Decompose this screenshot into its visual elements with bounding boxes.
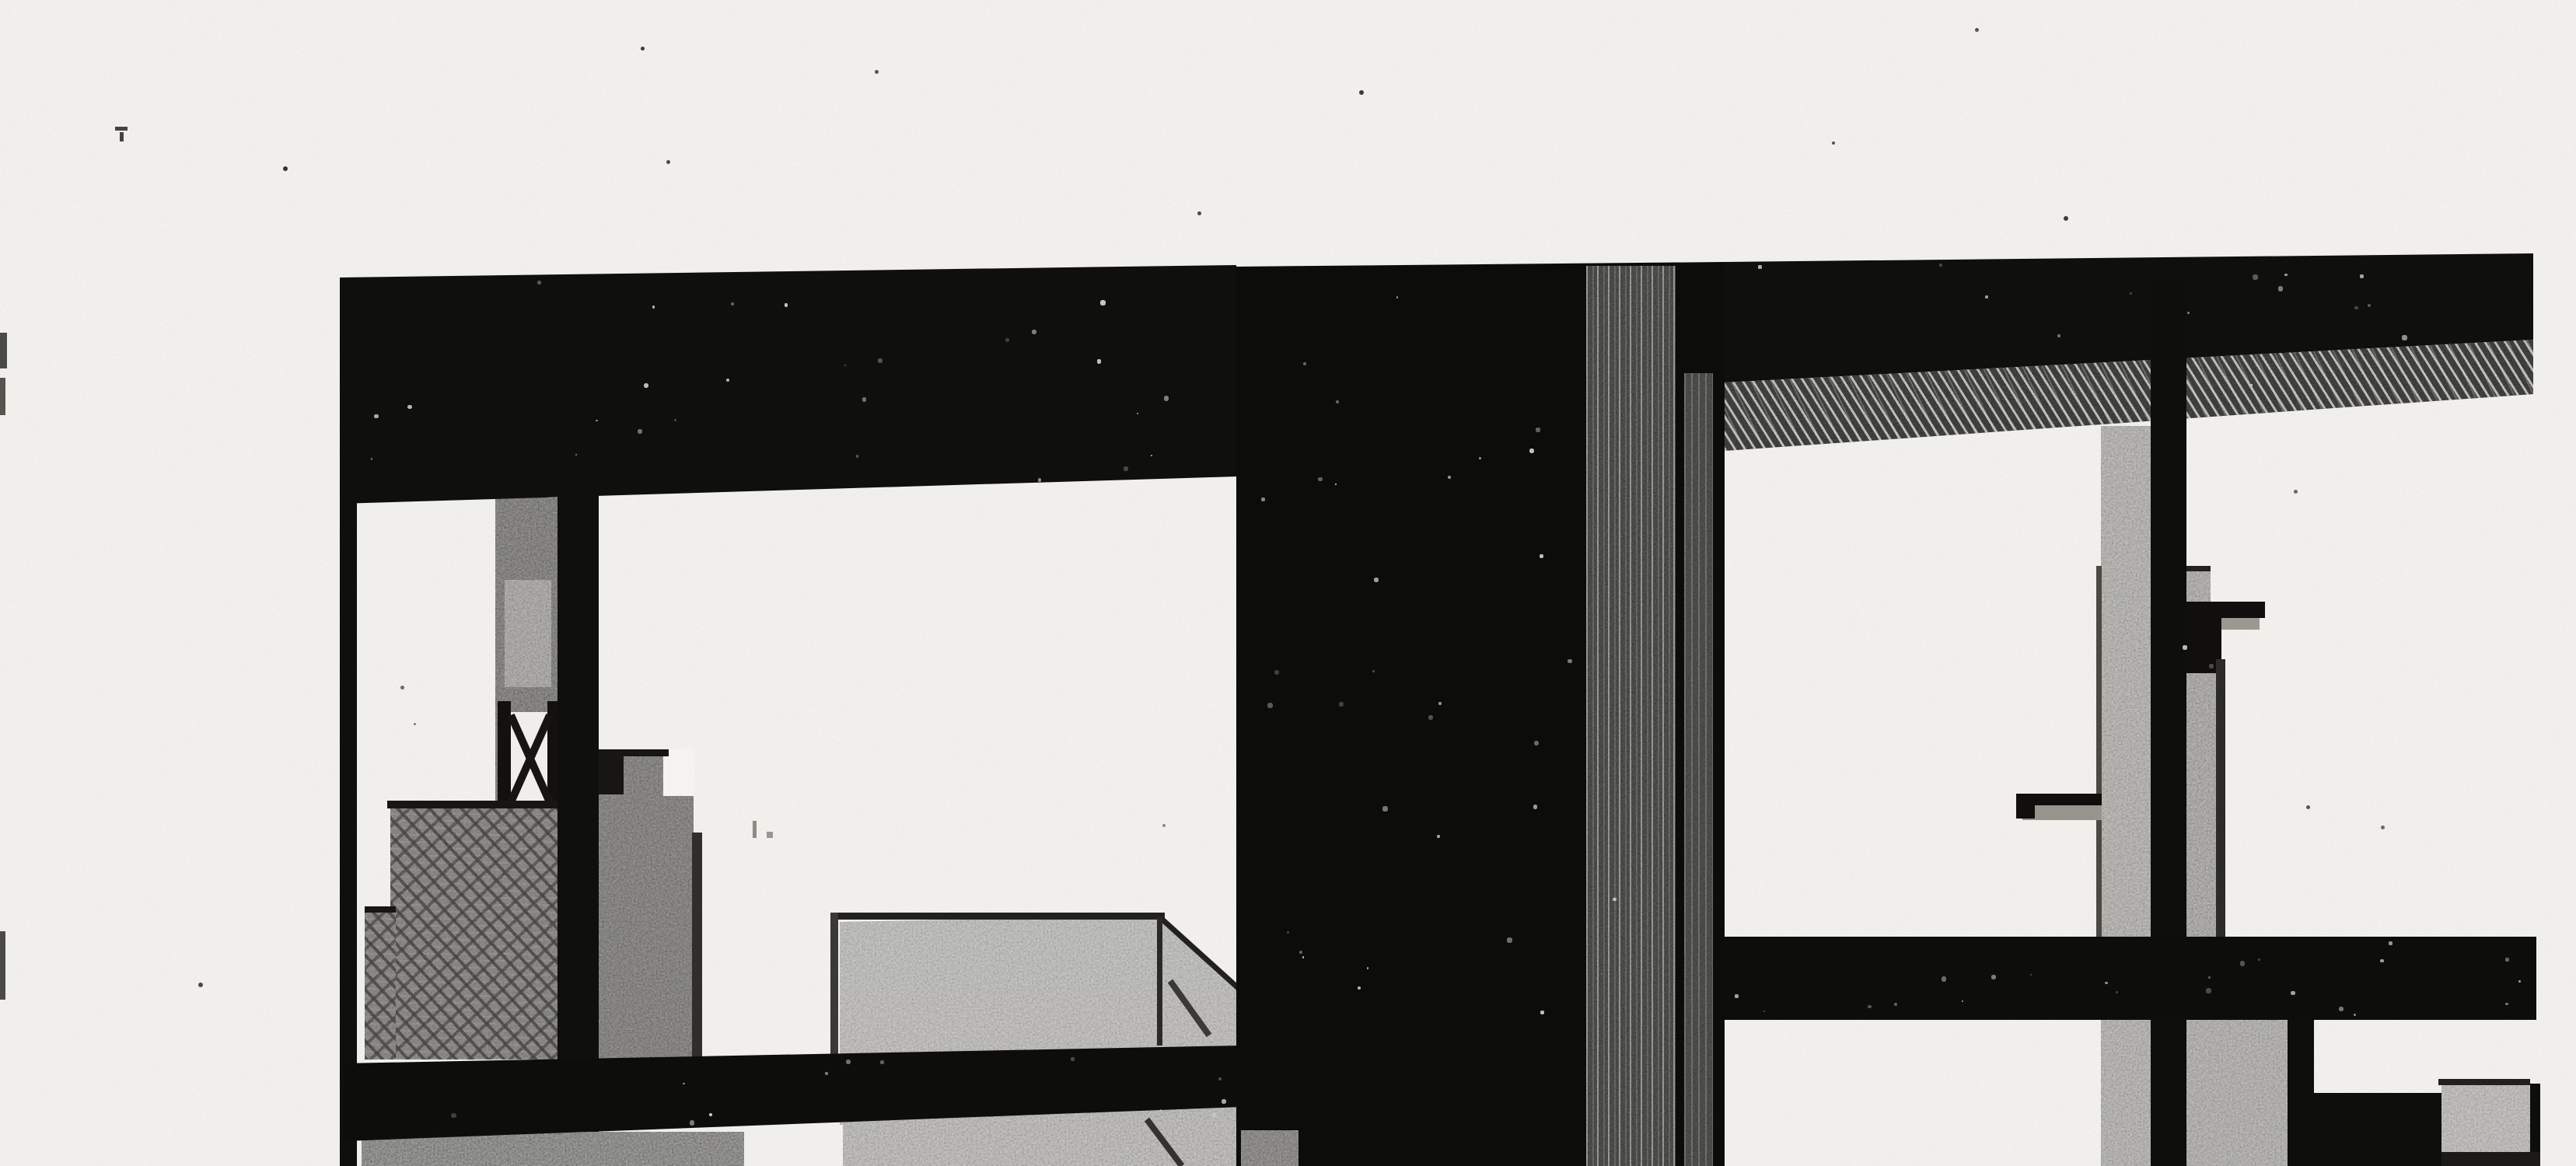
dust-fleck xyxy=(1303,362,1306,365)
dust-fleck xyxy=(1428,715,1433,720)
hatched-crate-front xyxy=(365,909,396,1060)
dust-fleck xyxy=(709,1113,712,1116)
dust-fleck xyxy=(374,414,378,418)
dust-fleck xyxy=(1222,1099,1226,1104)
dust-fleck xyxy=(1533,805,1538,809)
page-edge-tick-upper xyxy=(0,333,7,368)
dust-fleck xyxy=(1568,659,1572,664)
dust-fleck xyxy=(2505,1003,2508,1005)
dust-fleck xyxy=(1962,1000,1963,1002)
dust-fleck xyxy=(1536,428,1540,432)
dust-fleck xyxy=(1287,931,1288,933)
stray-mark-top-left-b xyxy=(120,132,124,141)
dust-fleck xyxy=(862,397,867,402)
right-pillar-base xyxy=(2186,1020,2290,1166)
paper-speck xyxy=(400,686,404,689)
dust-fleck xyxy=(683,1083,685,1085)
page-edge-tick-mid xyxy=(0,378,5,415)
dust-fleck xyxy=(1100,300,1106,305)
step-slab-bottom-edge xyxy=(2441,1152,2540,1166)
dust-fleck xyxy=(2258,958,2260,961)
dust-fleck xyxy=(1540,1011,1544,1014)
dark-crate-top-edge xyxy=(599,749,669,756)
paper-speck xyxy=(1197,211,1201,215)
right-pillar-side-strip xyxy=(2186,673,2218,941)
floor-beam-right xyxy=(1725,937,2536,1020)
dust-fleck xyxy=(1438,702,1442,705)
paper-speck xyxy=(666,160,670,164)
dust-fleck xyxy=(785,303,788,306)
dust-fleck xyxy=(1164,396,1169,401)
dust-fleck xyxy=(2253,274,2258,280)
dust-fleck xyxy=(2380,959,2384,963)
paper-speck xyxy=(2381,826,2385,829)
dust-fleck xyxy=(880,1060,884,1064)
dust-fleck xyxy=(1274,670,1279,675)
dust-fleck xyxy=(1218,1077,1222,1080)
dust-fleck xyxy=(2518,980,2521,983)
dust-fleck xyxy=(1318,477,1322,481)
dust-fleck xyxy=(1160,1109,1162,1111)
dust-fleck xyxy=(652,305,655,309)
dust-fleck xyxy=(1032,330,1037,335)
paper-speck xyxy=(1975,28,1979,32)
dark-crate-right-edge xyxy=(692,833,702,1060)
right-bracket-arm xyxy=(2186,602,2265,618)
paper-speck xyxy=(1162,824,1166,827)
dust-fleck xyxy=(2278,286,2283,291)
right-pillar-left-edge xyxy=(2096,566,2102,939)
dust-fleck xyxy=(2251,384,2253,386)
dust-fleck xyxy=(1529,449,1534,453)
paper-speck xyxy=(1832,141,1835,145)
dust-fleck xyxy=(2030,974,2032,976)
paper-speck xyxy=(2294,490,2298,494)
step-block xyxy=(2288,1093,2441,1166)
dark-crate xyxy=(599,751,694,1060)
central-column-base-patch xyxy=(1241,1130,1298,1166)
dust-fleck xyxy=(638,429,642,434)
dust-fleck xyxy=(1335,484,1337,485)
dust-fleck xyxy=(690,1120,695,1126)
stray-numeral-smudge-b xyxy=(767,832,773,838)
hatched-crate xyxy=(390,805,564,1060)
paper-speck xyxy=(198,983,203,987)
dust-fleck xyxy=(371,458,372,459)
dust-fleck xyxy=(2339,1007,2344,1011)
paper-speck xyxy=(1359,90,1364,95)
page-edge-tick-lower xyxy=(0,931,5,1000)
paper-speck xyxy=(283,166,288,171)
hatched-crate-front-top-edge xyxy=(365,906,396,913)
central-pillar-grain-faint xyxy=(1684,373,1713,1166)
right-pillar-step-edge xyxy=(2186,566,2211,571)
dust-fleck xyxy=(2389,941,2392,945)
dust-fleck xyxy=(1038,478,1041,481)
dust-fleck xyxy=(1261,497,1265,501)
dust-fleck xyxy=(2208,976,2211,979)
dust-fleck xyxy=(674,419,676,421)
dust-fleck xyxy=(731,302,734,305)
dust-fleck xyxy=(1942,976,1946,981)
scan-canvas xyxy=(0,0,2576,1166)
dust-fleck xyxy=(878,358,883,363)
dust-fleck xyxy=(1758,265,1761,268)
dust-fleck xyxy=(407,405,412,410)
dust-fleck xyxy=(1267,703,1273,708)
dust-fleck xyxy=(1339,702,1344,707)
dust-fleck xyxy=(1097,359,1101,363)
dust-fleck xyxy=(2130,292,2132,295)
paper-speck xyxy=(2306,805,2310,809)
stray-mark-top-left-a xyxy=(115,127,128,131)
dust-fleck xyxy=(1763,1011,1765,1012)
dust-fleck xyxy=(1005,338,1009,342)
right-pillar-black-bar xyxy=(2151,280,2186,1166)
dust-fleck xyxy=(2206,988,2211,993)
dust-fleck xyxy=(1735,994,1738,997)
dust-fleck xyxy=(2187,312,2190,314)
dust-fleck xyxy=(451,1113,456,1119)
dust-fleck xyxy=(1071,1057,1075,1061)
central-pillar-grain xyxy=(1586,266,1676,1166)
left-bracket-tip xyxy=(2016,796,2035,819)
paper-speck xyxy=(641,47,645,51)
dust-fleck xyxy=(2260,466,2263,470)
big-box-right-edge xyxy=(1157,917,1162,1046)
dust-fleck xyxy=(825,1072,828,1075)
dust-fleck xyxy=(1991,975,1996,979)
dark-crate-notch xyxy=(663,749,694,796)
dust-fleck xyxy=(1540,554,1543,558)
crane-tower-mast-light xyxy=(505,580,551,687)
dust-fleck xyxy=(2209,664,2214,669)
dust-fleck xyxy=(1939,264,1942,267)
paper-speck xyxy=(875,70,879,74)
big-box-top-edge xyxy=(830,913,1165,920)
right-pillar-concrete xyxy=(2101,426,2151,1166)
dust-fleck xyxy=(1437,835,1440,838)
right-pillar-side-edge xyxy=(2216,659,2225,941)
dust-fleck xyxy=(2240,961,2246,966)
dust-fleck xyxy=(2368,304,2371,307)
hatched-crate-top-edge xyxy=(387,801,564,808)
dust-fleck xyxy=(2505,958,2508,961)
stray-numeral-smudge-a xyxy=(753,821,757,838)
dust-fleck xyxy=(1124,466,1128,471)
dust-fleck xyxy=(2183,645,2187,650)
dust-fleck xyxy=(1868,1005,1872,1009)
dust-fleck xyxy=(2291,991,2295,995)
paper-speck xyxy=(414,723,416,725)
dust-fleck xyxy=(2402,335,2406,340)
dust-fleck xyxy=(2284,274,2287,276)
dust-fleck xyxy=(2116,991,2118,993)
dust-fleck xyxy=(1507,937,1512,943)
dust-fleck xyxy=(726,379,729,382)
dust-fleck xyxy=(596,420,597,421)
paper-speck xyxy=(2064,216,2068,221)
big-box-left-edge xyxy=(830,913,838,1054)
right-pillar-step xyxy=(2186,566,2211,605)
dust-fleck xyxy=(1374,578,1379,582)
step-slab-top-edge xyxy=(2438,1079,2530,1085)
